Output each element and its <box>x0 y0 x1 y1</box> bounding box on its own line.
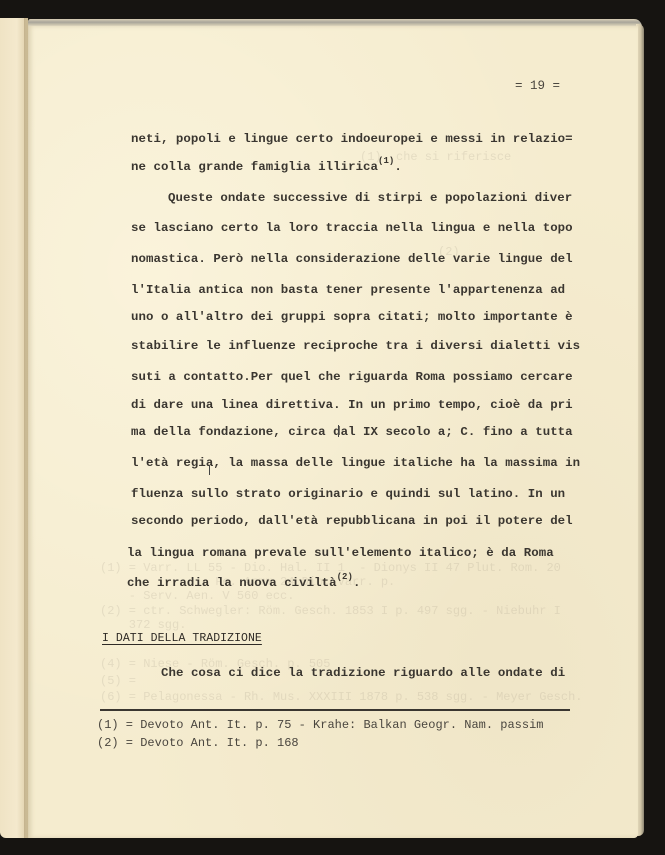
body-text-line: ma della fondazione, circa dal IX secolo… <box>131 425 573 439</box>
body-text-line: fluenza sullo strato originario e quindi… <box>131 487 565 501</box>
footnote-1: (1) = Devoto Ant. It. p. 75 - Krahe: Bal… <box>97 718 543 732</box>
body-text: che irradia la nuova civiltà <box>127 576 337 590</box>
footnote-2: (2) = Devoto Ant. It. p. 168 <box>97 736 299 750</box>
body-text-line: uno o all'altro dei gruppi sopra citati;… <box>131 310 573 324</box>
body-text-line: Che cosa ci dice la tradizione riguardo … <box>161 666 565 680</box>
footnote-ref-1[interactable]: (1) <box>378 156 394 166</box>
body-text-line: che irradia la nuova civiltà(2). <box>127 576 360 590</box>
scanned-page-view: (1) che si riferisce (2) (1) = Varr. LL … <box>0 0 665 855</box>
body-text-line: di dare una linea direttiva. In un primo… <box>131 398 573 412</box>
page-number: = 19 = <box>515 79 560 93</box>
body-text-line: la lingua romana prevale sull'elemento i… <box>127 546 554 560</box>
section-heading: I DATI DELLA TRADIZIONE <box>102 632 262 645</box>
binding-gutter <box>24 18 29 838</box>
body-text-line: se lasciano certo la loro traccia nella … <box>131 221 573 235</box>
body-text: ne colla grande famiglia illirica <box>131 160 378 174</box>
body-text-line: nomastica. Però nella considerazione del… <box>131 252 573 266</box>
footnote-ref-2[interactable]: (2) <box>337 572 353 582</box>
pen-mark <box>209 465 210 475</box>
pen-mark <box>338 425 339 437</box>
body-text-line: neti, popoli e lingue certo indoeuropei … <box>131 132 573 146</box>
body-text-line: stabilire le influenze reciproche tra i … <box>131 339 580 353</box>
period: . <box>394 160 402 174</box>
body-text-line: l'età regia, la massa delle lingue itali… <box>131 456 580 470</box>
body-text-line: secondo periodo, dall'età repubblicana i… <box>131 514 573 528</box>
body-text-line: l'Italia antica non basta tener presente… <box>131 283 565 297</box>
body-text-line: ne colla grande famiglia illirica(1). <box>131 160 402 174</box>
body-text-line: Queste ondate successive di stirpi e pop… <box>168 191 572 205</box>
period: . <box>353 576 361 590</box>
body-text-line: suti a contatto.Per quel che riguarda Ro… <box>131 370 573 384</box>
footnote-divider <box>100 709 570 711</box>
